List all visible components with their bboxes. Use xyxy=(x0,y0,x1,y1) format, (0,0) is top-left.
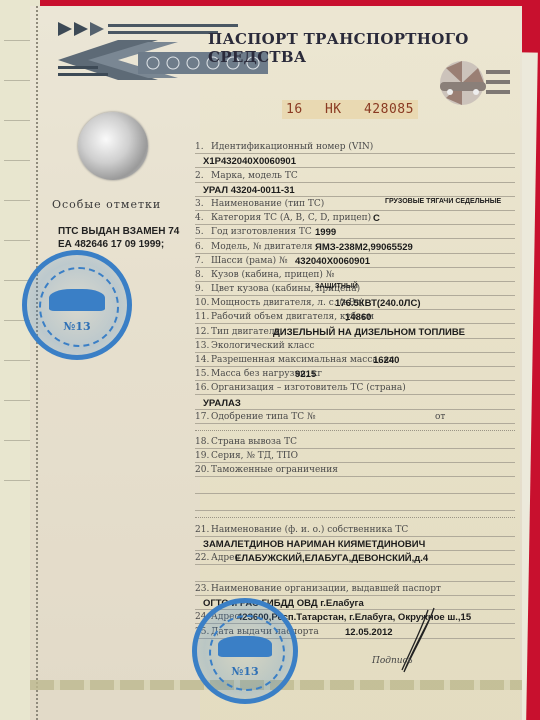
field-label: 23. xyxy=(195,584,209,594)
field-value: ДИЗЕЛЬНЫЙ НА ДИЗЕЛЬНОМ ТОПЛИВЕ xyxy=(273,327,465,338)
field-row: 15.Масса без нагрузки, кг9215 xyxy=(195,367,515,381)
field-label: 22. xyxy=(195,553,209,563)
field-value: УРАЛ 43204-0011-31 xyxy=(203,185,295,196)
vehicle-fields: 1.Идентификационный номер (VIN)X1P432040… xyxy=(195,140,515,639)
field-row: 18.Страна вывоза ТС xyxy=(195,435,515,449)
field-label: 13. xyxy=(195,341,209,351)
field-label-text: Марка, модель ТС xyxy=(211,171,298,181)
field-label: 18. xyxy=(195,437,209,447)
field-row: 3.Наименование (тип ТС)ГРУЗОВЫЕ ТЯГАЧИ С… xyxy=(195,197,515,211)
field-row: 4.Категория ТС (A, B, C, D, прицеп)C xyxy=(195,211,515,225)
field-label: 20. xyxy=(195,465,209,475)
field-row: 7.Шасси (рама) №432040X0060901 xyxy=(195,254,515,268)
field-row: 11.Рабочий объем двигателя, куб. см14860 xyxy=(195,310,515,324)
serial-series: НК xyxy=(325,102,342,117)
blank-line xyxy=(195,494,515,511)
hologram-seal xyxy=(78,112,148,180)
special-notes-text: ПТС ВЫДАН ВЗАМЕН 74 ЕА 482646 17 09 1999… xyxy=(58,225,179,251)
field-row: 1.Идентификационный номер (VIN) xyxy=(195,140,515,154)
field-label-text: Серия, № ТД, ТПО xyxy=(211,451,298,461)
field-row: 10.Мощность двигателя, л. с. (кВт)176.5К… xyxy=(195,296,515,310)
field-value: 14860 xyxy=(345,312,371,323)
field-label-text: Разрешенная максимальная масса, кг xyxy=(211,355,394,365)
field-row: 13.Экологический класс xyxy=(195,339,515,353)
field-value: ГРУЗОВЫЕ ТЯГАЧИ СЕДЕЛЬНЫЕ xyxy=(385,198,501,205)
field-label: 15. xyxy=(195,369,209,379)
field-row: 8.Кузов (кабина, прицеп) № xyxy=(195,268,515,282)
field-row: 22.АдресЕЛАБУЖСКИЙ,ЕЛАБУГА,ДЕВОНСКИЙ,д.4 xyxy=(195,551,515,565)
perforation xyxy=(36,6,42,720)
field-value: 12.05.2012 xyxy=(345,627,393,638)
field-label: 17. xyxy=(195,412,209,422)
field-label-text: Год изготовления ТС xyxy=(211,227,312,237)
serial-region: 16 xyxy=(286,102,303,117)
field-label-text: Таможенные ограничения xyxy=(211,465,338,475)
field-label-text: Тип двигателя xyxy=(211,327,280,337)
field-value: X1P432040X0060901 xyxy=(203,156,296,167)
field-suffix: от xyxy=(435,412,445,422)
special-notes-title: Особые отметки xyxy=(52,198,161,211)
field-label-text: Кузов (кабина, прицеп) № xyxy=(211,270,334,280)
field-label-text: Шасси (рама) № xyxy=(211,256,287,266)
field-label: 5. xyxy=(195,227,204,237)
car-icon xyxy=(49,289,105,311)
police-stamp: №13 xyxy=(192,598,298,704)
field-label-text: Модель, № двигателя xyxy=(211,242,313,252)
car-icon xyxy=(218,636,272,657)
field-label-text: Идентификационный номер (VIN) xyxy=(211,142,373,152)
special-notes-line: ПТС ВЫДАН ВЗАМЕН 74 xyxy=(58,225,179,238)
field-value: 176.5КВТ(240.0ЛС) xyxy=(335,298,421,309)
field-label: 16. xyxy=(195,383,209,393)
field-value: ЗАЩИТНЫЙ xyxy=(315,283,358,290)
field-value: ЕЛАБУЖСКИЙ,ЕЛАБУГА,ДЕВОНСКИЙ,д.4 xyxy=(235,553,428,564)
field-row: 23.Наименование организации, выдавшей па… xyxy=(195,582,515,596)
blank-line xyxy=(195,477,515,494)
field-label: 11. xyxy=(195,312,209,322)
field-label-text: Наименование (тип ТС) xyxy=(211,199,324,209)
field-label: 21. xyxy=(195,525,209,535)
field-label-text: Наименование организации, выдавшей паспо… xyxy=(211,584,441,594)
field-value-row: УРАЛАЗ xyxy=(195,395,515,409)
field-row: 12.Тип двигателяДИЗЕЛЬНЫЙ НА ДИЗЕЛЬНОМ Т… xyxy=(195,324,515,338)
stamp-number: №13 xyxy=(27,320,127,333)
field-value: ЗАМАЛЕТДИНОВ НАРИМАН КИЯМЕТДИНОВИЧ xyxy=(203,539,425,550)
field-label-text: Страна вывоза ТС xyxy=(211,437,297,447)
field-value-row: X1P432040X0060901 xyxy=(195,154,515,168)
field-value-row: УРАЛ 43204-0011-31 xyxy=(195,183,515,197)
field-label: 4. xyxy=(195,213,204,223)
field-label: 3. xyxy=(195,199,204,209)
field-row: 9.Цвет кузова (кабины, прицепа)ЗАЩИТНЫЙ xyxy=(195,282,515,296)
passport-serial-number: 16 НК 428085 xyxy=(282,100,418,119)
field-row: 6.Модель, № двигателяЯМЗ-238М2,99065529 xyxy=(195,239,515,253)
signature-label: Подпись xyxy=(372,656,413,666)
field-label-text: Наименование (ф. и. о.) собственника ТС xyxy=(211,525,408,535)
field-label: 2. xyxy=(195,171,204,181)
field-label: 6. xyxy=(195,242,204,252)
field-value-row: ЗАМАЛЕТДИНОВ НАРИМАН КИЯМЕТДИНОВИЧ xyxy=(195,537,515,551)
field-label: 8. xyxy=(195,270,204,280)
field-label: 19. xyxy=(195,451,209,461)
field-row: 14.Разрешенная максимальная масса, кг162… xyxy=(195,353,515,367)
field-label: 7. xyxy=(195,256,204,266)
field-value: 432040X0060901 xyxy=(295,256,370,267)
field-label: 14. xyxy=(195,355,209,365)
police-stamp: №13 xyxy=(22,250,132,360)
field-row: 20.Таможенные ограничения xyxy=(195,463,515,477)
field-label: 1. xyxy=(195,142,204,152)
field-value: ЯМЗ-238М2,99065529 xyxy=(315,242,413,253)
field-value: 1999 xyxy=(315,227,336,238)
field-label-text: Категория ТС (A, B, C, D, прицеп) xyxy=(211,213,371,223)
field-label-text: Одобрение типа ТС № xyxy=(211,412,316,422)
field-value: 9215 xyxy=(295,369,316,380)
serial-number: 428085 xyxy=(364,102,414,117)
field-row: 17.Одобрение типа ТС №от xyxy=(195,410,515,424)
section-divider xyxy=(195,511,515,518)
field-row: 21.Наименование (ф. и. о.) собственника … xyxy=(195,522,515,536)
field-label: 10. xyxy=(195,298,209,308)
field-row: 19.Серия, № ТД, ТПО xyxy=(195,449,515,463)
field-label: 12. xyxy=(195,327,209,337)
field-row: 5.Год изготовления ТС1999 xyxy=(195,225,515,239)
field-value: УРАЛАЗ xyxy=(203,398,241,409)
field-value: 16240 xyxy=(373,355,399,366)
section-divider xyxy=(195,424,515,431)
field-label-text: Организация – изготовитель ТС (страна) xyxy=(211,383,406,393)
field-row: 2.Марка, модель ТС xyxy=(195,168,515,182)
field-label-text: Экологический класс xyxy=(211,341,314,351)
blank-line xyxy=(195,565,515,582)
field-value: C xyxy=(373,213,380,224)
vehicle-logo-icon xyxy=(440,58,510,108)
field-label: 9. xyxy=(195,284,204,294)
field-row: 16.Организация – изготовитель ТС (страна… xyxy=(195,381,515,395)
stamp-number: №13 xyxy=(197,665,293,678)
